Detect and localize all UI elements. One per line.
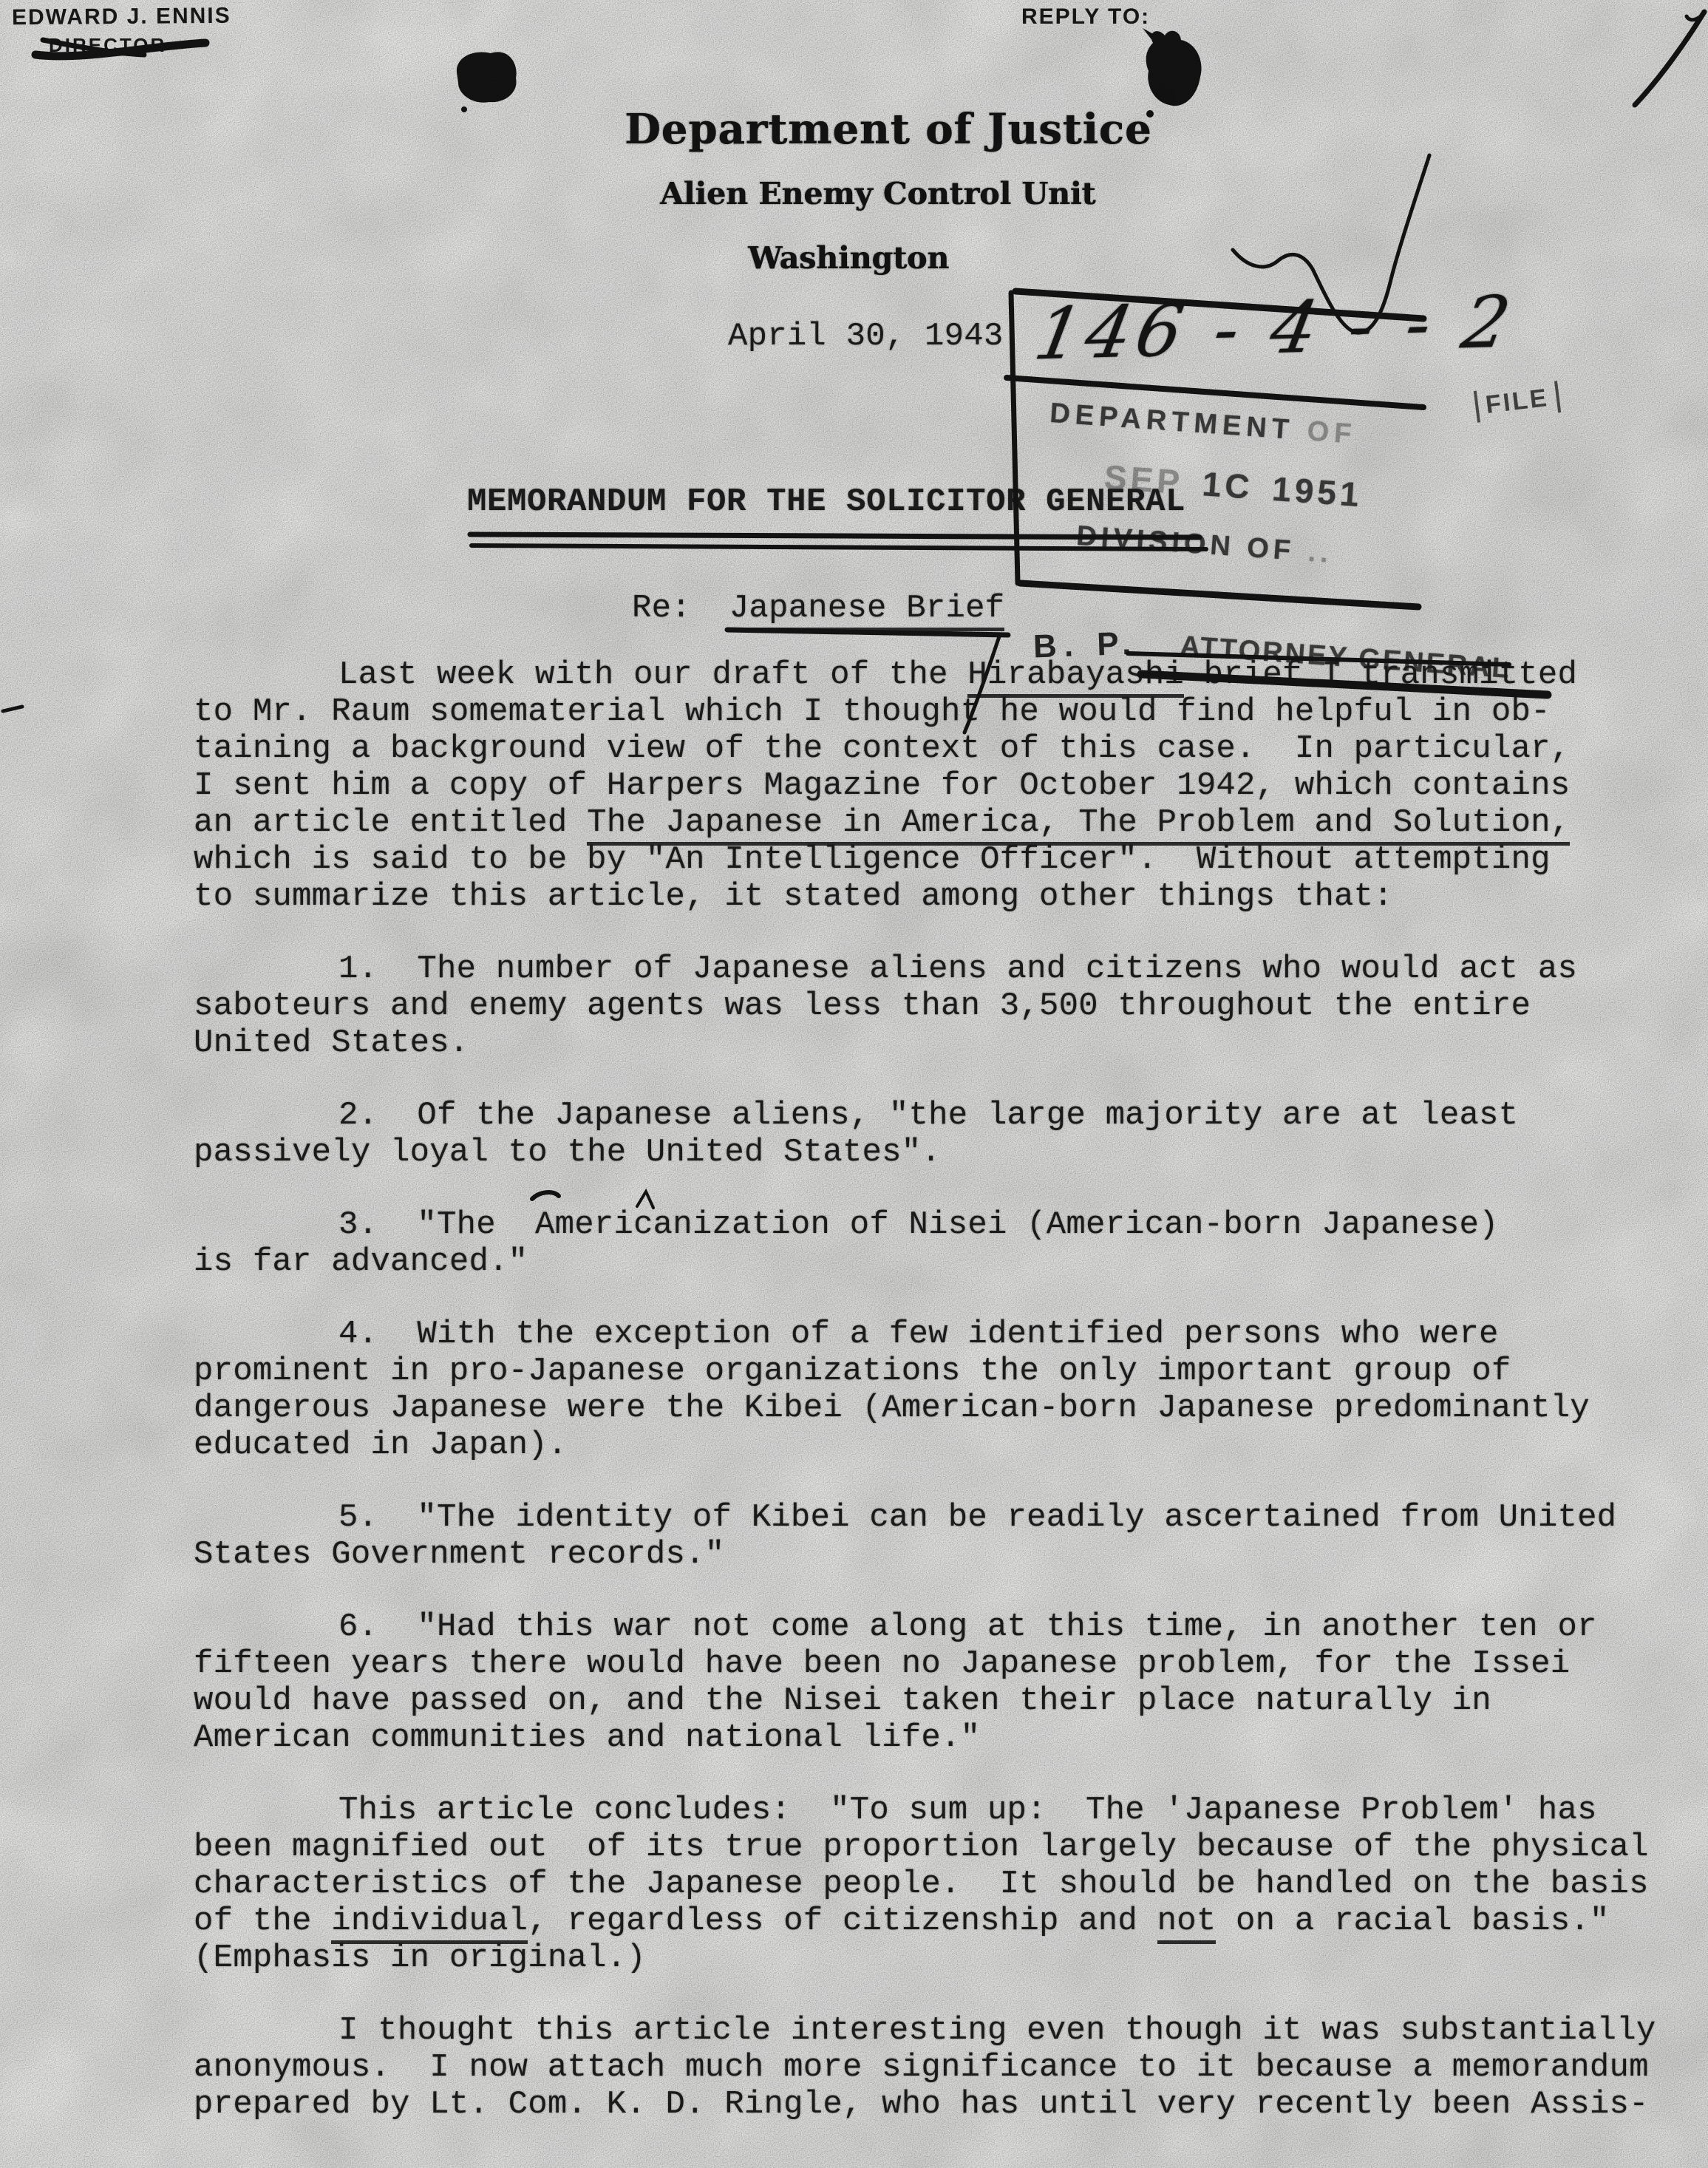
ink-blot-right bbox=[1146, 31, 1202, 106]
ink-blot-right-horn bbox=[1143, 28, 1156, 41]
paragraph-point-2: 2. Of the Japanese aliens, "the large ma… bbox=[194, 1097, 1664, 1171]
file-stamp: FILE bbox=[1474, 381, 1561, 423]
stamp-division-text: DIVISION OF bbox=[1075, 520, 1296, 567]
file-box-left bbox=[1011, 293, 1018, 583]
re-subject: Japanese Brief bbox=[729, 590, 1004, 631]
edge-mark bbox=[3, 707, 22, 711]
handwritten-file-number: 146 - 4 - - 2 bbox=[1029, 280, 1517, 376]
body-paragraphs: Last week with our draft of the Hirabaya… bbox=[194, 656, 1664, 2158]
received-stamp-word2: OF bbox=[1306, 415, 1358, 450]
agency-name: Department of Justice bbox=[625, 105, 1152, 154]
stamp-date-day: 1C bbox=[1201, 464, 1254, 506]
memo-page: EDWARD J. ENNIS DIRECTOR REPLY TO: Depar… bbox=[0, 0, 1708, 2168]
file-box-bottom bbox=[1020, 583, 1418, 607]
re-label: Re: bbox=[632, 590, 691, 627]
received-stamp-department: DEPARTMENTOF bbox=[1049, 398, 1358, 451]
stamp-date-year: 1951 bbox=[1271, 469, 1364, 514]
paragraph-point-5: 5. "The identity of Kibei can be readily… bbox=[194, 1499, 1664, 1573]
received-stamp-division: DIVISION OF.. bbox=[1075, 520, 1333, 570]
sender-name: EDWARD J. ENNIS bbox=[12, 4, 231, 31]
sender-title: DIRECTOR bbox=[49, 34, 166, 57]
received-stamp-word1: DEPARTMENT bbox=[1049, 398, 1295, 446]
corner-pen-hook bbox=[1687, 12, 1704, 20]
paragraph-intro: Last week with our draft of the Hirabaya… bbox=[194, 656, 1664, 915]
unit-name: Alien Enemy Control Unit bbox=[660, 176, 1095, 211]
ink-blot-left bbox=[457, 52, 517, 102]
paragraph-point-4: 4. With the exception of a few identifie… bbox=[194, 1316, 1664, 1464]
subject-line: Re:Japanese Brief bbox=[632, 590, 1004, 627]
paragraph-point-3: 3. "The Americanization of Nisei (Americ… bbox=[194, 1206, 1664, 1280]
reply-to-label: REPLY TO: bbox=[1021, 4, 1150, 30]
ink-blot-left-dot bbox=[461, 106, 467, 112]
paragraph-point-1: 1. The number of Japanese aliens and cit… bbox=[194, 951, 1664, 1061]
city-name: Washington bbox=[748, 240, 949, 276]
memo-date: April 30, 1943 bbox=[728, 318, 1003, 355]
paragraph-point-6: 6. "Had this war not come along at this … bbox=[194, 1608, 1664, 1756]
paragraph-conclusion-quote: This article concludes: "To sum up: The … bbox=[194, 1792, 1664, 1977]
corner-pen-stroke bbox=[1635, 12, 1704, 105]
paragraph-closing: I thought this article interesting even … bbox=[194, 2012, 1664, 2123]
memo-title: MEMORANDUM FOR THE SOLICITOR GENERAL bbox=[467, 483, 1185, 520]
stamp-division-trail: .. bbox=[1307, 537, 1333, 569]
